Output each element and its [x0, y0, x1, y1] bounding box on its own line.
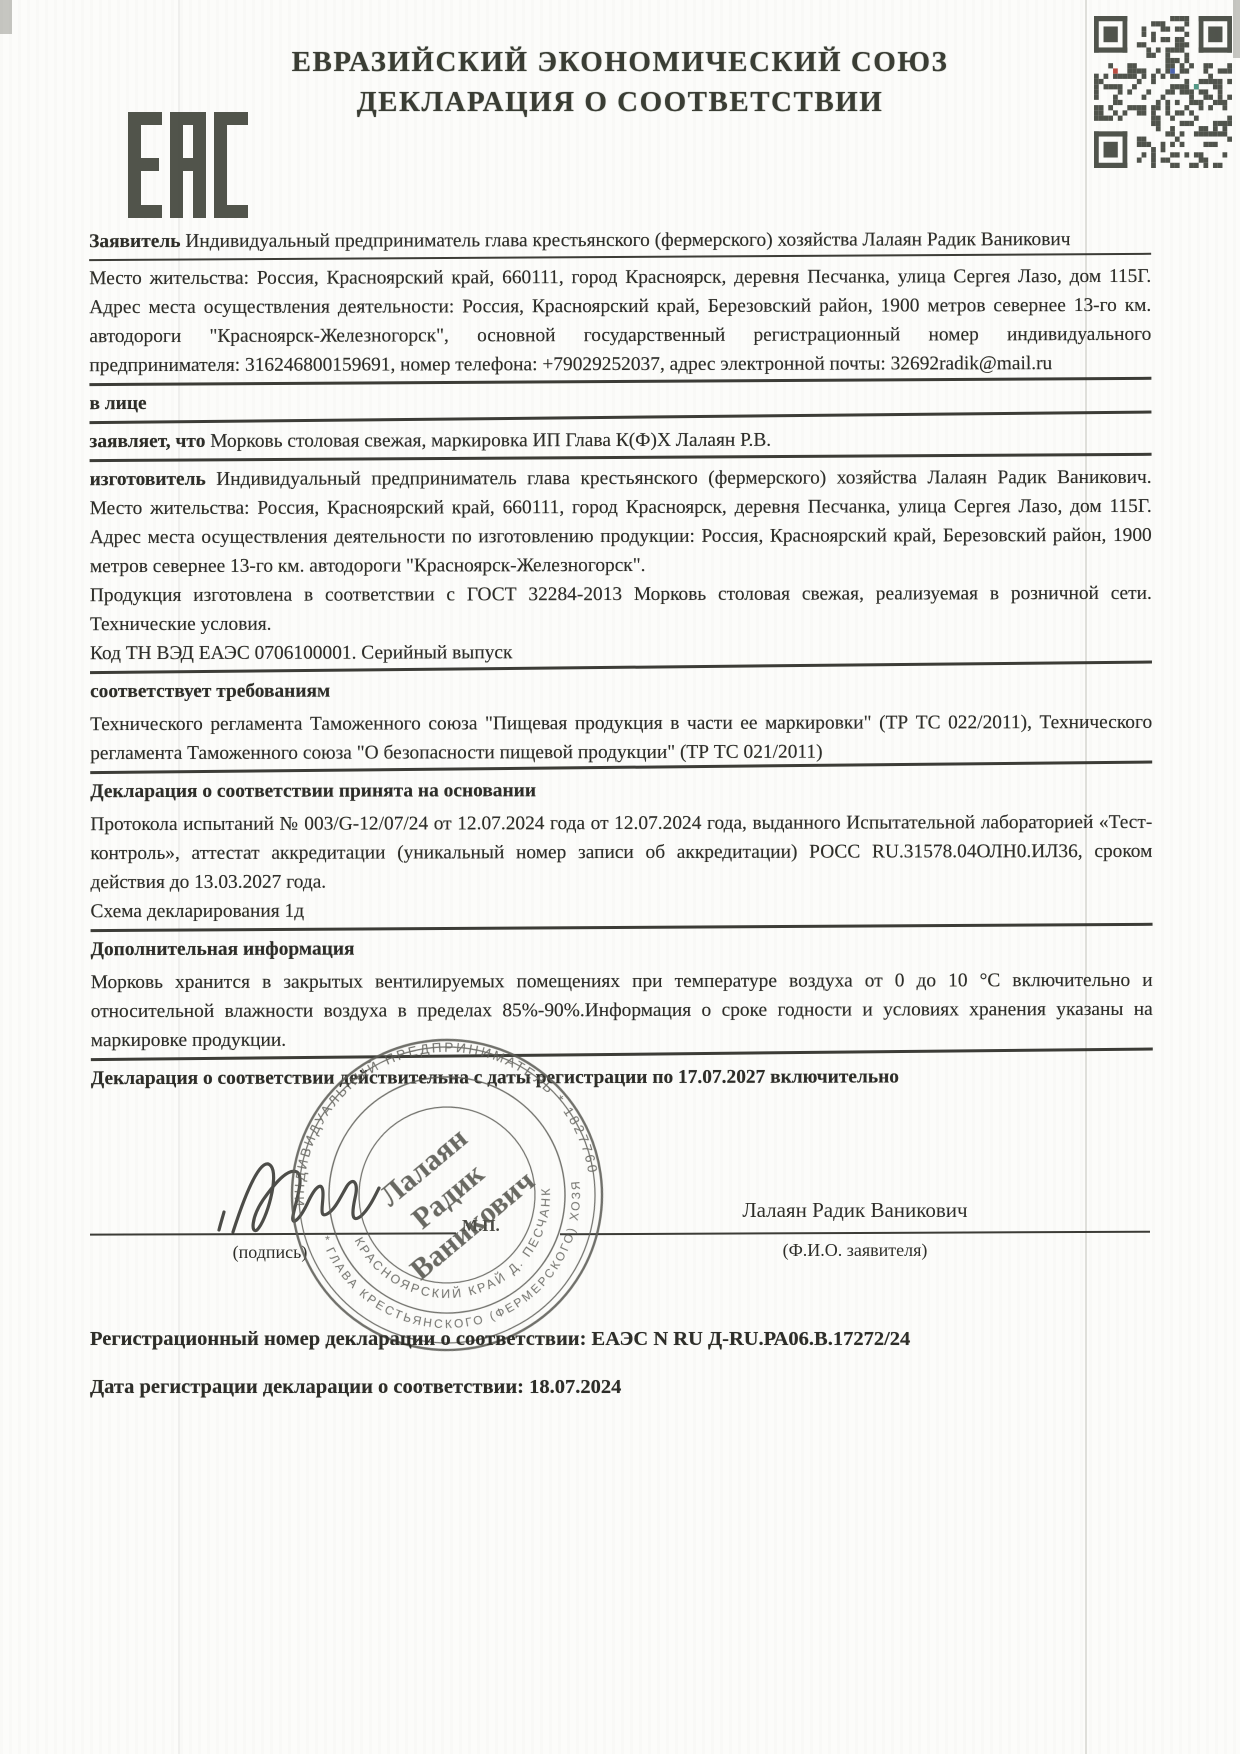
- gost-paragraph: Продукция изготовлена в соответствии с Г…: [90, 579, 1152, 639]
- registration-number-line: Регистрационный номер декларации о соотв…: [90, 1328, 1160, 1351]
- declaration-document: ЕВРАЗИЙСКИЙ ЭКОНОМИЧЕСКИЙ СОЮЗ ДЕКЛАРАЦИ…: [0, 0, 1240, 1754]
- basis-paragraph: Протокола испытаний № 003/G-12/07/24 от …: [90, 808, 1152, 897]
- compliance-paragraph: Технического регламента Таможенного союз…: [90, 708, 1152, 768]
- basis-label: Декларация о соответствии принята на осн…: [90, 775, 1152, 806]
- registration-date-line: Дата регистрации декларации о соответств…: [90, 1376, 1160, 1399]
- applicant-label: Заявитель: [89, 231, 180, 252]
- compliance-label: соответствует требованиям: [90, 675, 1152, 706]
- applicant-paragraph: Заявитель Индивидуальный предприниматель…: [89, 225, 1151, 256]
- manufacturer-label: изготовитель: [90, 469, 206, 490]
- declares-paragraph: заявляет, что Морковь столовая свежая, м…: [90, 425, 1152, 456]
- additional-label: Дополнительная информация: [91, 933, 1153, 964]
- additional-paragraph: Морковь хранится в закрытых вентилируемы…: [91, 966, 1153, 1055]
- validity-line: Декларация о соответствии действительна …: [91, 1062, 1153, 1093]
- name-line: [560, 1231, 1150, 1236]
- residence-paragraph: Место жительства: Россия, Красноярский к…: [89, 262, 1151, 380]
- declarant-name: Лалаян Радик Ваникович: [600, 1198, 1110, 1223]
- document-body: Заявитель Индивидуальный предприниматель…: [89, 225, 1153, 1093]
- eac-mark-logo: [128, 112, 248, 218]
- union-title: ЕВРАЗИЙСКИЙ ЭКОНОМИЧЕСКИЙ СОЮЗ: [0, 46, 1240, 79]
- round-stamp: ИНДИВИДУАЛЬНЫЙ ПРЕДПРИНИМАТЕЛЬ * 1827760…: [261, 1009, 634, 1382]
- declarant-name-caption: (Ф.И.О. заявителя): [600, 1240, 1110, 1261]
- manufacturer-paragraph: изготовитель Индивидуальный предпринимат…: [90, 463, 1152, 581]
- declares-label: заявляет, что: [90, 431, 206, 452]
- scan-artifact: [0, 0, 12, 34]
- qr-code: [1094, 16, 1232, 168]
- scheme-line: Схема декларирования 1д: [90, 895, 1152, 926]
